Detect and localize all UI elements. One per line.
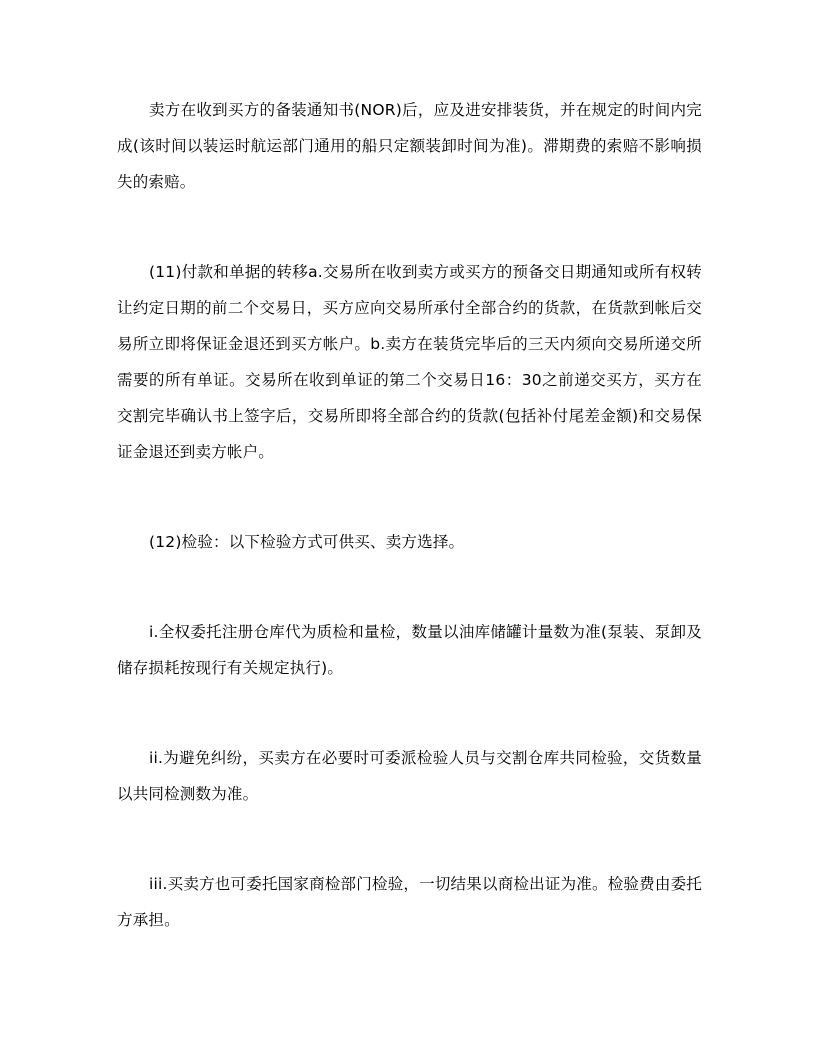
paragraph-spacer — [117, 200, 702, 254]
paragraph-inspection-option-iii: iii.买卖方也可委托国家商检部门检验，一切结果以商检出证为准。检验费由委托方承… — [117, 866, 702, 938]
paragraph-payment-documents: (11)付款和单据的转移a.交易所在收到卖方或买方的预备交日期通知或所有权转让约… — [117, 254, 702, 470]
paragraph-spacer — [117, 470, 702, 524]
paragraph-inspection-option-ii: ii.为避免纠纷，买卖方在必要时可委派检验人员与交割仓库共同检验，交货数量以共同… — [117, 740, 702, 812]
paragraph-spacer — [117, 812, 702, 866]
paragraph-inspection-heading: (12)检验：以下检验方式可供买、卖方选择。 — [117, 524, 702, 560]
document-page: 卖方在收到买方的备装通知书(NOR)后，应及进安排装货，并在规定的时间内完成(该… — [117, 92, 702, 938]
paragraph-nor-loading: 卖方在收到买方的备装通知书(NOR)后，应及进安排装货，并在规定的时间内完成(该… — [117, 92, 702, 200]
paragraph-inspection-option-i: i.全权委托注册仓库代为质检和量检，数量以油库储罐计量数为准(泵装、泵卸及储存损… — [117, 614, 702, 686]
paragraph-spacer — [117, 686, 702, 740]
paragraph-spacer — [117, 560, 702, 614]
